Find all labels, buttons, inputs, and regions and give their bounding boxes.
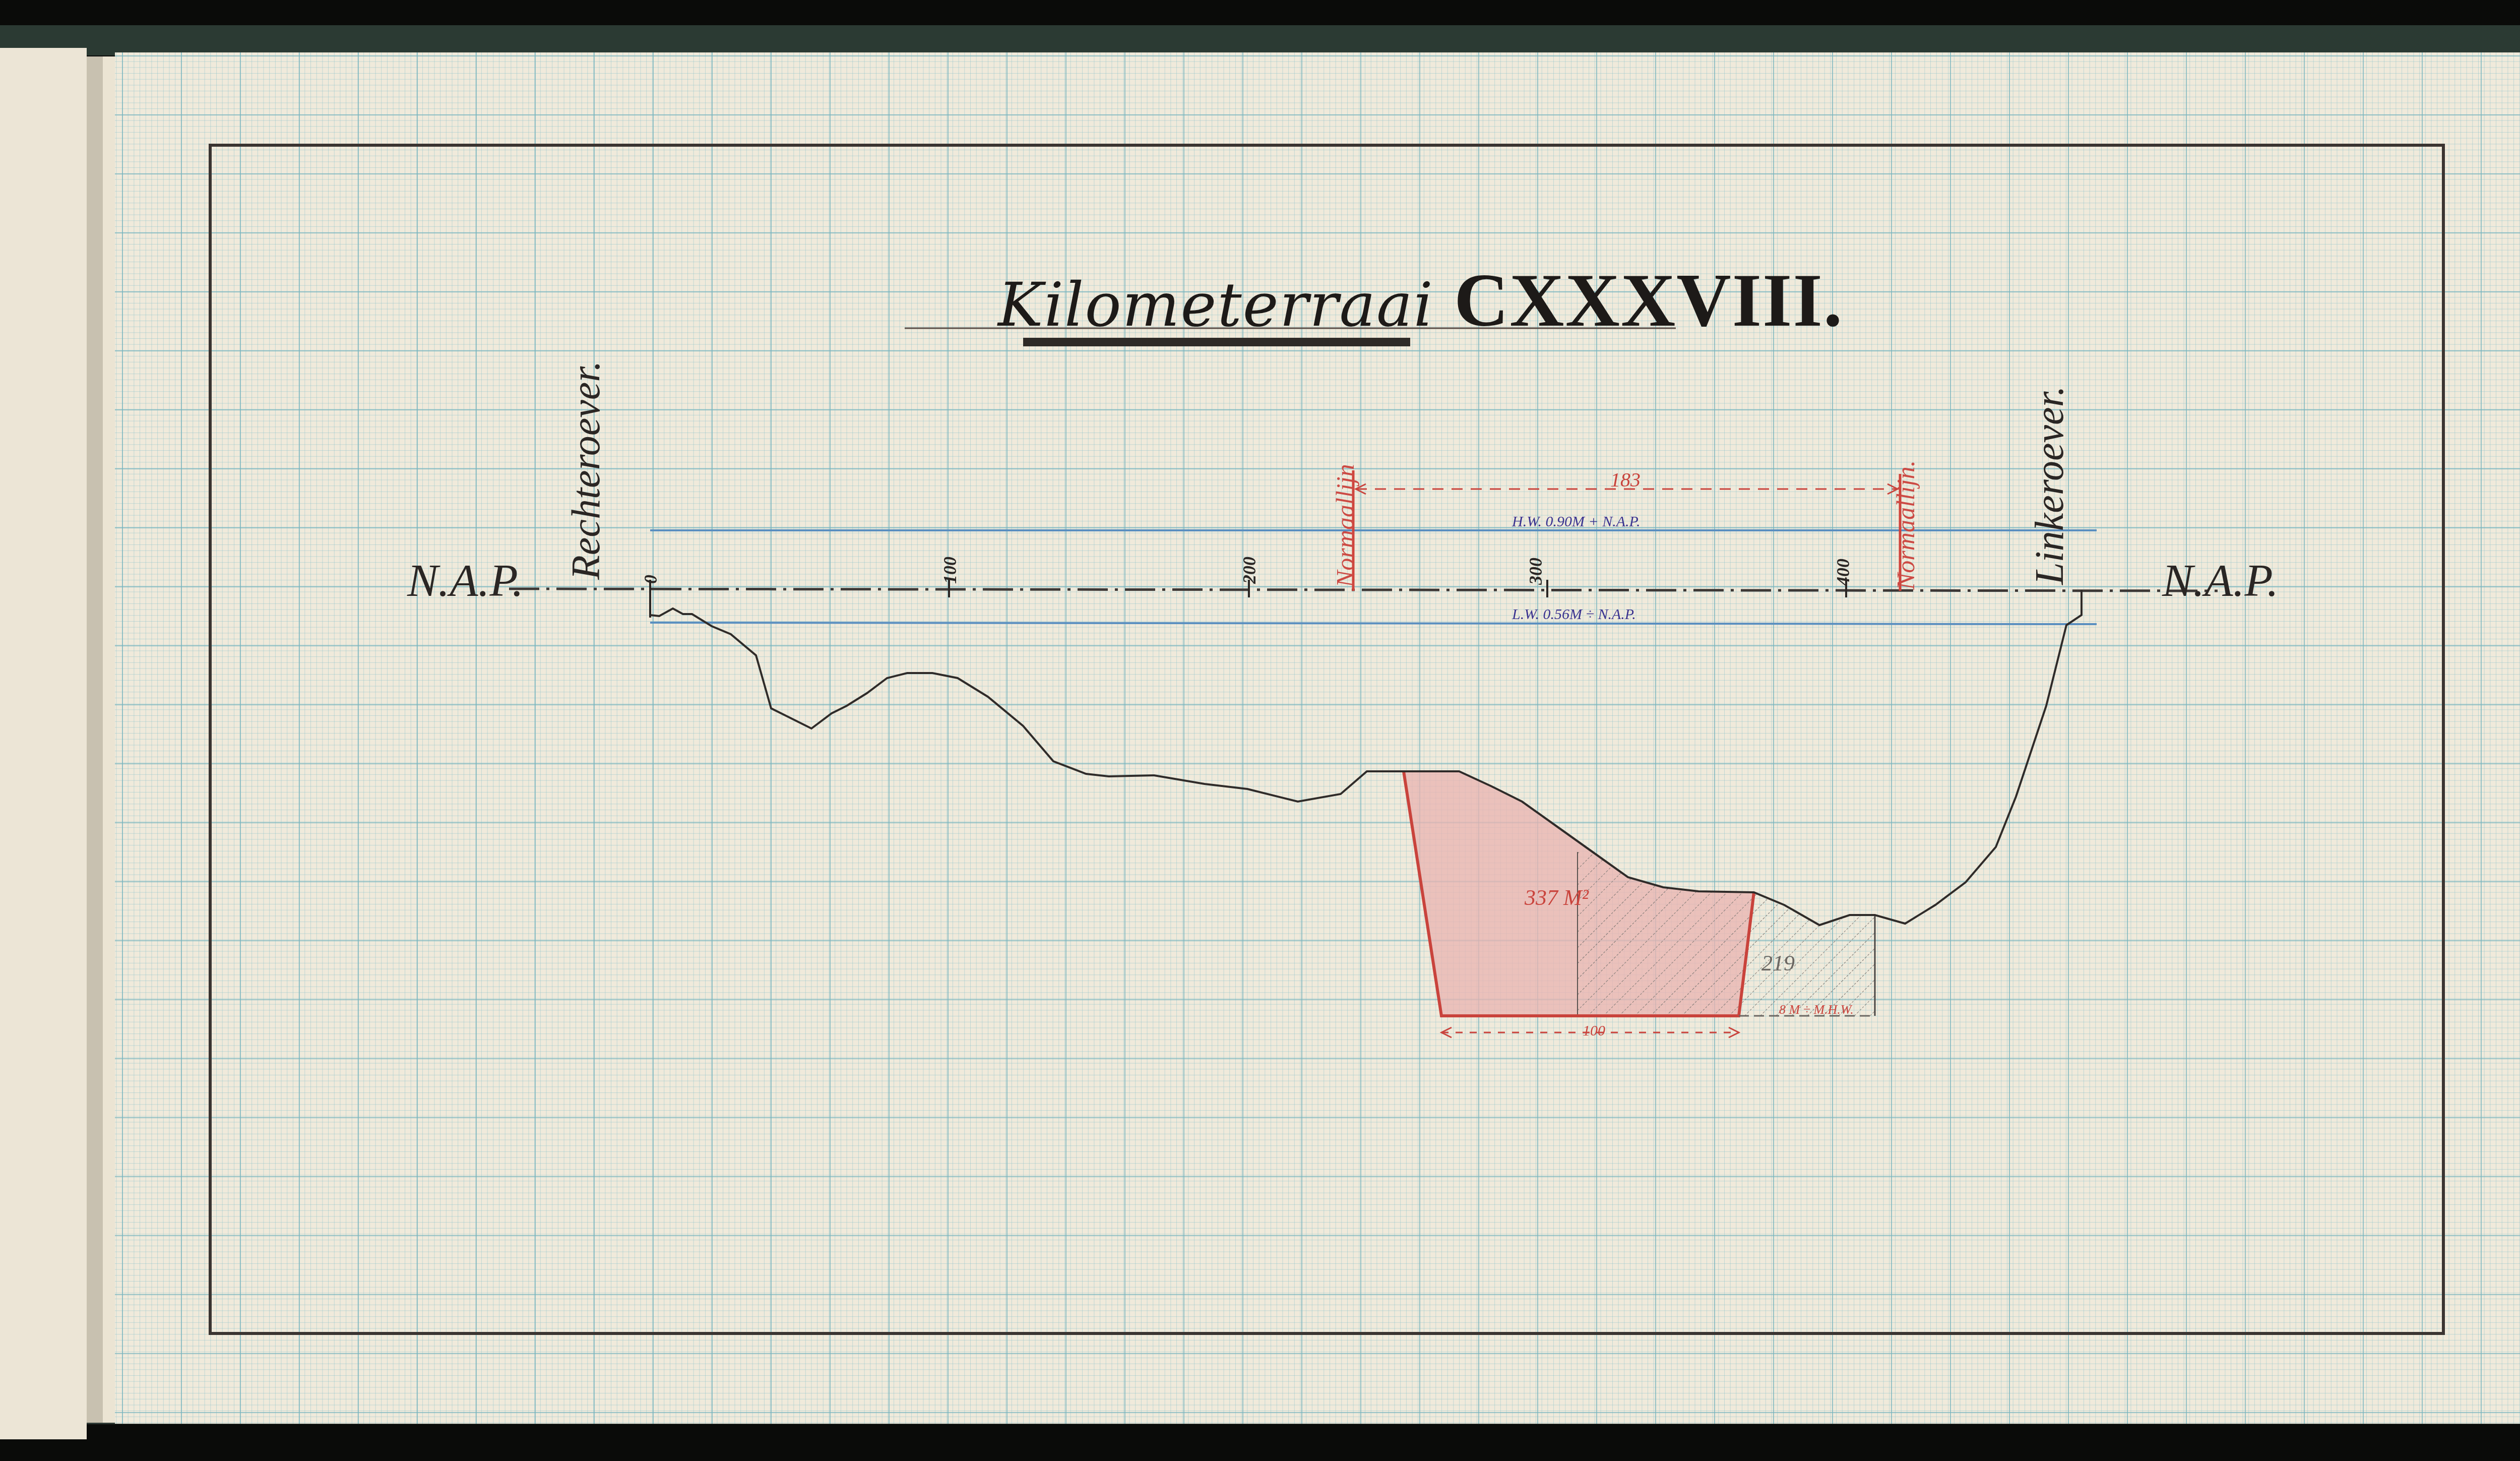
high-water-label: H.W. 0.90M + N.A.P. xyxy=(1512,513,1640,530)
normal-line-right-label: Normaallijn. xyxy=(1891,460,1920,590)
left-bank-label: Linkeroever. xyxy=(2027,386,2073,585)
area-337-label: 337 M² xyxy=(1525,885,1589,910)
title-numeral: CXXXVIII. xyxy=(1454,259,1843,342)
riverbed-profile xyxy=(650,590,2082,925)
normal-width-label: 183 xyxy=(1610,468,1641,492)
base-width-label: 100 xyxy=(1583,1022,1605,1040)
tick-label-200: 200 xyxy=(1239,557,1260,584)
normal-line-left-label: Normaallijn xyxy=(1331,464,1360,587)
nap-datum-line xyxy=(509,589,2218,591)
low-water-label: L.W. 0.56M ÷ N.A.P. xyxy=(1512,606,1636,623)
area-overlap-hatch xyxy=(1578,852,1754,1016)
right-bank-label: Rechteroever. xyxy=(563,360,609,580)
tick-label-100: 100 xyxy=(939,557,961,584)
area-219-label: 219 xyxy=(1761,950,1795,976)
nap-label-right: N.A.P. xyxy=(2162,554,2279,607)
area-219-hatch xyxy=(1739,892,1875,1016)
nap-label-left: N.A.P. xyxy=(407,554,524,607)
low-water-line xyxy=(650,623,2097,624)
tick-label-400: 400 xyxy=(1833,559,1854,586)
tick-label-0: 0 xyxy=(640,575,661,584)
cross-section-drawing xyxy=(0,0,2520,1461)
depth-label: 8 M ÷ M.H.W. xyxy=(1779,1002,1854,1017)
tick-label-300: 300 xyxy=(1525,558,1546,585)
title-prefix: Kilometerraai xyxy=(998,270,1434,340)
sheet-title: Kilometerraai CXXXVIII. xyxy=(998,257,1843,344)
